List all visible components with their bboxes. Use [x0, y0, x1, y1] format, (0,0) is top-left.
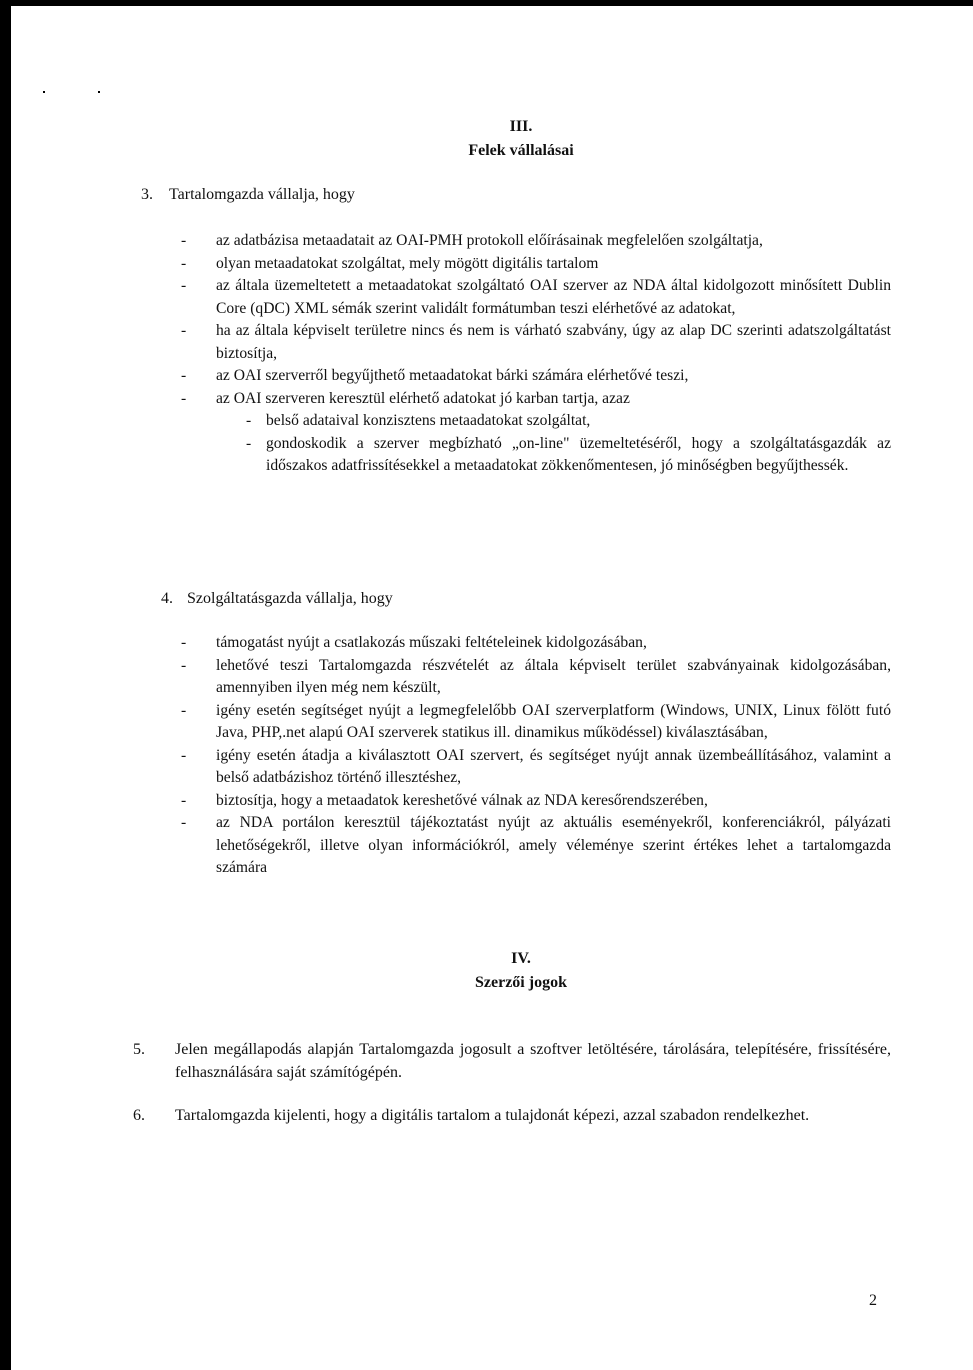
list-item-text: az általa üzemeltetett a metaadatokat sz… [216, 277, 891, 317]
sub-bullet-marker: - [246, 410, 251, 433]
item-3-bullets: -az adatbázisa metaadatait az OAI-PMH pr… [181, 230, 891, 478]
bullet-marker: - [181, 812, 186, 835]
item-number: 3. [141, 186, 153, 204]
list-item-text: az OAI szerveren keresztül elérhető adat… [216, 390, 630, 407]
list-item: -igény esetén segítséget nyújt a legmegf… [181, 700, 891, 745]
list-item-text: igény esetén átadja a kiválasztott OAI s… [216, 747, 891, 787]
document-page: III. Felek vállalásai 3. Tartalomgazda v… [11, 6, 973, 1370]
bullet-marker: - [181, 790, 186, 813]
item-4-bullets: -támogatást nyújt a csatlakozás műszaki … [181, 632, 891, 880]
item-number: 5. [133, 1038, 145, 1061]
item-intro-text: Tartalomgazda vállalja, hogy [169, 186, 355, 204]
list-item-text: lehetővé teszi Tartalomgazda részvételét… [216, 657, 891, 697]
item-intro-text: Szolgáltatásgazda vállalja, hogy [187, 590, 393, 608]
sub-list-item: -gondoskodik a szerver megbízható „on-li… [216, 433, 891, 478]
scan-speck [98, 91, 100, 93]
bullet-marker: - [181, 388, 186, 411]
section-title: Felek vállalásai [40, 142, 973, 160]
list-item: -ha az általa képviselt területre nincs … [181, 320, 891, 365]
sub-bullets: -belső adataival konzisztens metaadatoka… [216, 410, 891, 478]
list-item-text: támogatást nyújt a csatlakozás műszaki f… [216, 634, 647, 651]
item-number: 6. [133, 1104, 145, 1127]
list-item: -az NDA portálon keresztül tájékoztatást… [181, 812, 891, 880]
bullet-marker: - [181, 745, 186, 768]
sub-list-item-text: gondoskodik a szerver megbízható „on-lin… [256, 433, 891, 478]
item-6-paragraph: 6. Tartalomgazda kijelenti, hogy a digit… [133, 1104, 891, 1127]
page-number: 2 [869, 1292, 877, 1310]
list-item: -támogatást nyújt a csatlakozás műszaki … [181, 632, 891, 655]
list-item: -az OAI szerverről begyűjthető metaadato… [181, 365, 891, 388]
section-title: Szerzői jogok [40, 974, 973, 992]
list-item-text: az OAI szerverről begyűjthető metaadatok… [216, 367, 688, 384]
list-item-text: az NDA portálon keresztül tájékoztatást … [216, 814, 891, 876]
scan-speck [43, 91, 45, 93]
bullet-marker: - [181, 320, 186, 343]
list-item: -lehetővé teszi Tartalomgazda részvételé… [181, 655, 891, 700]
paragraph-text: Jelen megállapodás alapján Tartalomgazda… [133, 1038, 891, 1084]
bullet-marker: - [181, 275, 186, 298]
list-item: -igény esetén átadja a kiválasztott OAI … [181, 745, 891, 790]
sub-list-item-text: belső adataival konzisztens metaadatokat… [256, 410, 891, 433]
bullet-marker: - [181, 655, 186, 678]
list-item: -az OAI szerveren keresztül elérhető ada… [181, 388, 891, 478]
sub-bullet-marker: - [246, 433, 251, 456]
section-number: III. [40, 118, 973, 136]
bullet-marker: - [181, 700, 186, 723]
list-item-text: olyan metaadatokat szolgáltat, mely mögö… [216, 255, 598, 272]
list-item-text: biztosítja, hogy a metaadatok kereshetőv… [216, 792, 708, 809]
item-5-paragraph: 5. Jelen megállapodás alapján Tartalomga… [133, 1038, 891, 1084]
bullet-marker: - [181, 253, 186, 276]
list-item: -az általa üzemeltetett a metaadatokat s… [181, 275, 891, 320]
list-item: -biztosítja, hogy a metaadatok kereshető… [181, 790, 891, 813]
paragraph-text: Tartalomgazda kijelenti, hogy a digitáli… [133, 1104, 891, 1127]
list-item-text: ha az általa képviselt területre nincs é… [216, 322, 891, 362]
sub-list-item: -belső adataival konzisztens metaadatoka… [216, 410, 891, 433]
list-item: -az adatbázisa metaadatait az OAI-PMH pr… [181, 230, 891, 253]
list-item: -olyan metaadatokat szolgáltat, mely mög… [181, 253, 891, 276]
bullet-marker: - [181, 632, 186, 655]
list-item-text: igény esetén segítséget nyújt a legmegfe… [216, 702, 891, 742]
section-number: IV. [40, 950, 973, 968]
list-item-text: az adatbázisa metaadatait az OAI-PMH pro… [216, 232, 763, 249]
item-number: 4. [161, 590, 173, 608]
bullet-marker: - [181, 365, 186, 388]
bullet-marker: - [181, 230, 186, 253]
